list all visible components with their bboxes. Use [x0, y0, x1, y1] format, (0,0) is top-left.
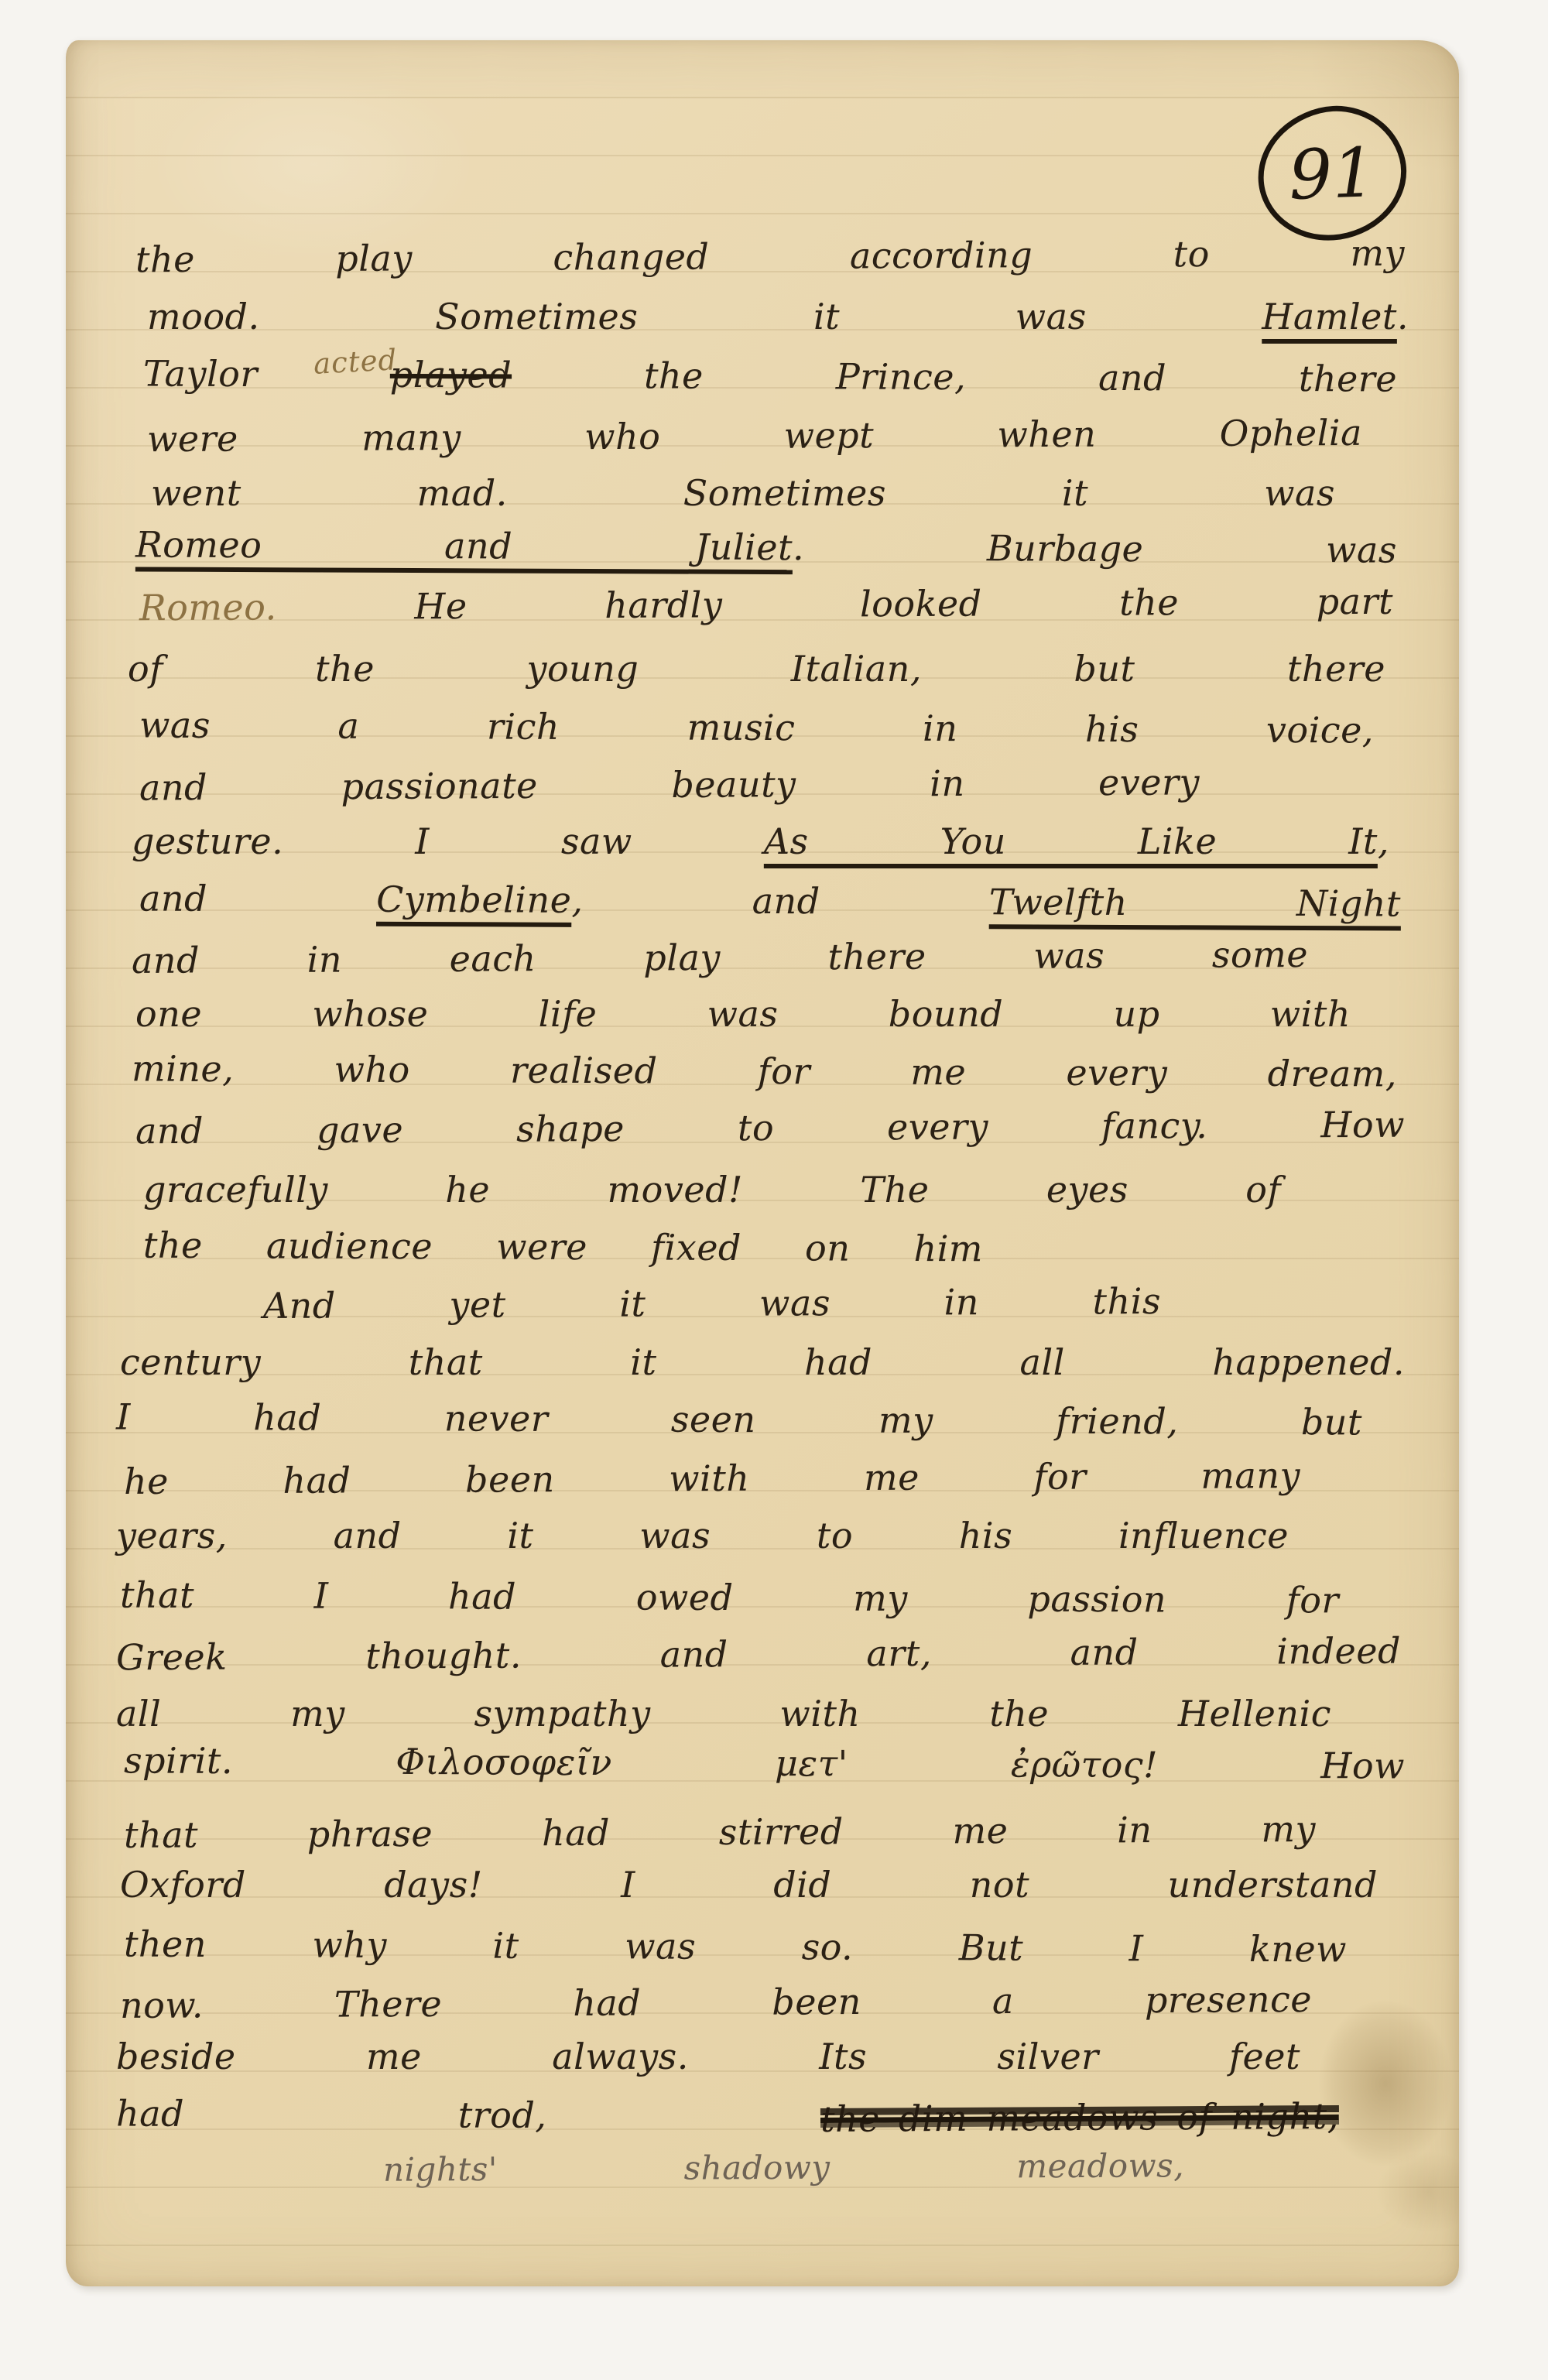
manuscript-line: the audience were fixed on him [143, 1221, 983, 1273]
manuscript-line: gracefully he moved! The eyes of [143, 1166, 1281, 1214]
greek-phrase: Φιλοσοφεῖν μετ' ἐρῶτος! [396, 1741, 1158, 1786]
text-segment: went mad. Sometimes it was [151, 472, 1335, 514]
text-segment: How [1320, 1745, 1405, 1786]
manuscript-line: was a rich music in his voice, [139, 701, 1374, 755]
manuscript-line: mood. Sometimes it was Hamlet. [147, 293, 1409, 341]
text-segment: were many who wept when Ophelia [147, 412, 1362, 460]
text-segment: Greek thought. and art, and indeed [116, 1630, 1401, 1679]
manuscript-line: went mad. Sometimes it was [151, 469, 1335, 517]
manuscript-line: he had been with me for many [124, 1451, 1300, 1505]
underlined-title-twelfth-night: Twelfth Night [989, 881, 1401, 924]
scribbled-out-phrase: the dim meadows of night, [820, 2092, 1339, 2143]
text-segment: then why it was so. But I knew [124, 1923, 1347, 1971]
manuscript-line: one whose life was bound up with [135, 990, 1351, 1038]
text-segment: He hardly looked the part [414, 580, 1393, 628]
underlined-title-romeo-and-juliet: Romeo and Juliet [135, 523, 793, 568]
manuscript-line: that phrase had stirred me in my [124, 1805, 1316, 1859]
text-segment: he had been with me for many [124, 1454, 1300, 1502]
text-segment: and in each play there was some [132, 933, 1308, 981]
manuscript-line: I had never seen my friend, but [116, 1392, 1362, 1446]
manuscript-line: mine, who realised for me every dream, [132, 1044, 1397, 1098]
text-segment: gracefully he moved! The eyes of [143, 1169, 1281, 1211]
text-segment: and [139, 877, 207, 919]
manuscript-correction-line: nights' shadowy meadows, [383, 2142, 1184, 2193]
manuscript-line: spirit. Φιλοσοφεῖν μετ' ἐρῶτος! How [124, 1736, 1405, 1789]
manuscript-line: and passionate beauty in every [139, 758, 1200, 811]
manuscript-line: gesture. I saw As You Like It, [132, 817, 1389, 865]
text-segment: of the young Italian, but there [128, 648, 1385, 690]
text-segment: gesture. I saw [132, 820, 632, 862]
manuscript-line: the play changed according to my [135, 229, 1405, 284]
faded-ink-word-romeo: Romeo. [139, 586, 277, 628]
text-segment: Taylor [143, 352, 258, 395]
text-segment: nights' shadowy meadows, [383, 2146, 1184, 2188]
text-segment: And yet it was in this [263, 1280, 1161, 1327]
text-segment: I had never seen my friend, but [116, 1395, 1362, 1443]
text-segment: . [1397, 296, 1409, 337]
text-segment: mood. Sometimes it was [147, 296, 1087, 337]
manuscript-line: then why it was so. But I knew [124, 1920, 1347, 1974]
manuscript-line: all my sympathy with the Hellenic [116, 1690, 1331, 1738]
manuscript-line: and Cymbeline, and Twelfth Night [139, 874, 1401, 927]
text-segment: the Prince, and there [644, 354, 1397, 399]
text-segment: Oxford days! I did not understand [120, 1864, 1378, 1906]
text-segment: the audience were fixed on him [143, 1224, 983, 1270]
manuscript-line: had trod, the dim meadows of night, [116, 2090, 1339, 2143]
text-segment: spirit. [124, 1739, 233, 1782]
manuscript-line: Oxford days! I did not understand [120, 1861, 1378, 1909]
manuscript-line: and in each play there was some [132, 930, 1308, 985]
text-segment: , [1378, 820, 1389, 862]
text-segment: . Burbage was [793, 526, 1397, 570]
manuscript-line: beside me always. Its silver feet [116, 2032, 1300, 2080]
manuscript-line: Romeo. He hardly looked the part [139, 577, 1393, 632]
manuscript-line: Greek thought. and art, and indeed [116, 1627, 1401, 1682]
manuscript-text: the play changed according to my mood. S… [0, 0, 1548, 2380]
text-segment: all my sympathy with the Hellenic [116, 1693, 1331, 1734]
text-segment: mine, who realised for me every dream, [132, 1047, 1397, 1094]
manuscript-line: of the young Italian, but there [128, 645, 1385, 693]
manuscript-line: century that it had all happened. [120, 1338, 1405, 1386]
manuscript-line-paragraph-start: And yet it was in this [263, 1277, 1161, 1330]
text-segment: now. There had been a presence [120, 1978, 1312, 2026]
manuscript-line: that I had owed my passion for [120, 1571, 1339, 1625]
text-segment: that I had owed my passion for [120, 1574, 1339, 1621]
underlined-title-hamlet: Hamlet [1262, 296, 1397, 337]
manuscript-line: and gave shape to every fancy. How [135, 1101, 1405, 1156]
text-segment: century that it had all happened. [120, 1341, 1405, 1383]
text-segment: years, and it was to his influence [116, 1515, 1289, 1556]
text-segment: and gave shape to every fancy. How [135, 1104, 1405, 1152]
underlined-title-as-you-like-it: As You Like It [764, 820, 1378, 862]
text-segment: , and [571, 879, 820, 922]
text-segment: and passionate beauty in every [139, 761, 1200, 808]
text-segment: beside me always. Its silver feet [116, 2036, 1300, 2077]
text-segment: was a rich music in his voice, [139, 704, 1374, 752]
manuscript-line: were many who wept when Ophelia [147, 409, 1362, 463]
text-segment: one whose life was bound up with [135, 993, 1351, 1035]
manuscript-line: now. There had been a presence [120, 1975, 1312, 2029]
underlined-title-cymbeline: Cymbeline [376, 878, 571, 921]
manuscript-line: years, and it was to his influence [116, 1512, 1289, 1560]
text-segment: that phrase had stirred me in my [124, 1808, 1316, 1856]
text-segment: the play changed according to my [135, 232, 1405, 281]
manuscript-line: Taylor played the Prince, and there [143, 349, 1397, 402]
text-segment: had trod, [116, 2093, 547, 2136]
manuscript-line: Romeo and Juliet. Burbage was [135, 520, 1397, 574]
struck-word-played: played [390, 354, 512, 396]
